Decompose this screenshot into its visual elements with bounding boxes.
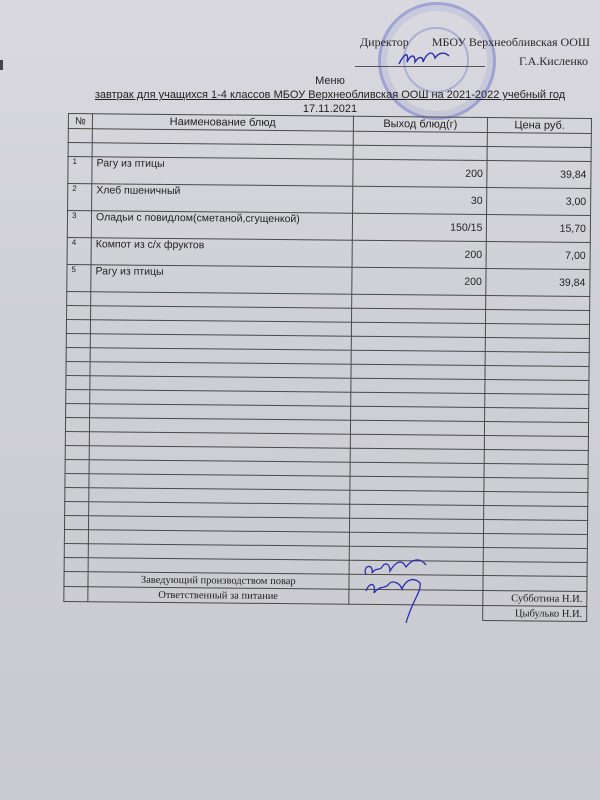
row-number: 5	[67, 264, 91, 291]
document-title: Меню	[60, 74, 600, 88]
column-header-number: №	[68, 114, 92, 129]
chef-name: Субботина Н.И.	[483, 591, 587, 607]
dish-price: 39,84	[486, 269, 590, 297]
menu-table: № Наименование блюд Выход блюд(г) Цена р…	[63, 113, 592, 622]
approval-organization: МБОУ Верхнеобливская ООШ	[432, 35, 590, 50]
dish-name: Хлеб пшеничный	[92, 184, 353, 213]
signature-rows: Заведующий производством повар Ответстве…	[64, 571, 587, 621]
document-subtitle: завтрак для учащихся 1-4 классов МБОУ Ве…	[60, 88, 600, 102]
dish-price: 3,00	[487, 188, 591, 216]
dish-output: 200	[352, 159, 487, 187]
column-header-output: Выход блюд(г)	[353, 116, 488, 132]
dish-price: 7,00	[486, 242, 590, 270]
row-number: 2	[68, 184, 92, 211]
dish-output: 200	[352, 240, 487, 268]
dish-output: 200	[351, 267, 486, 295]
row-number: 3	[67, 211, 91, 238]
responsible-name: Цыбулько Н.И.	[483, 606, 587, 622]
dish-name: Оладьи с повидлом(сметаной,сгущенкой)	[91, 211, 352, 240]
edge-mark	[0, 60, 3, 70]
column-header-price: Цена руб.	[488, 118, 592, 134]
approval-signer: Г.А.Кисленко	[519, 54, 588, 68]
director-signature	[395, 48, 455, 70]
dish-name: Рагу из птицы	[92, 157, 353, 186]
table-body: 1 Рагу из птицы 200 39,84 2 Хлеб пшеничн…	[67, 129, 592, 297]
document-title-block: Меню завтрак для учащихся 1-4 классов МБ…	[60, 74, 600, 116]
dish-price: 15,70	[487, 215, 591, 243]
row-number: 1	[68, 157, 92, 184]
dish-output: 30	[352, 186, 487, 214]
dish-name: Компот из с/х фруктов	[91, 238, 352, 267]
dish-output: 150/15	[352, 213, 487, 241]
row-number: 4	[67, 237, 91, 264]
empty-rows	[64, 291, 590, 576]
menu-document: Директор МБОУ Верхнеобливская ООШ Г.А.Ки…	[0, 0, 600, 800]
dish-price: 39,84	[487, 161, 591, 189]
dish-name: Рагу из птицы	[91, 265, 352, 294]
handwritten-signatures	[360, 557, 440, 627]
